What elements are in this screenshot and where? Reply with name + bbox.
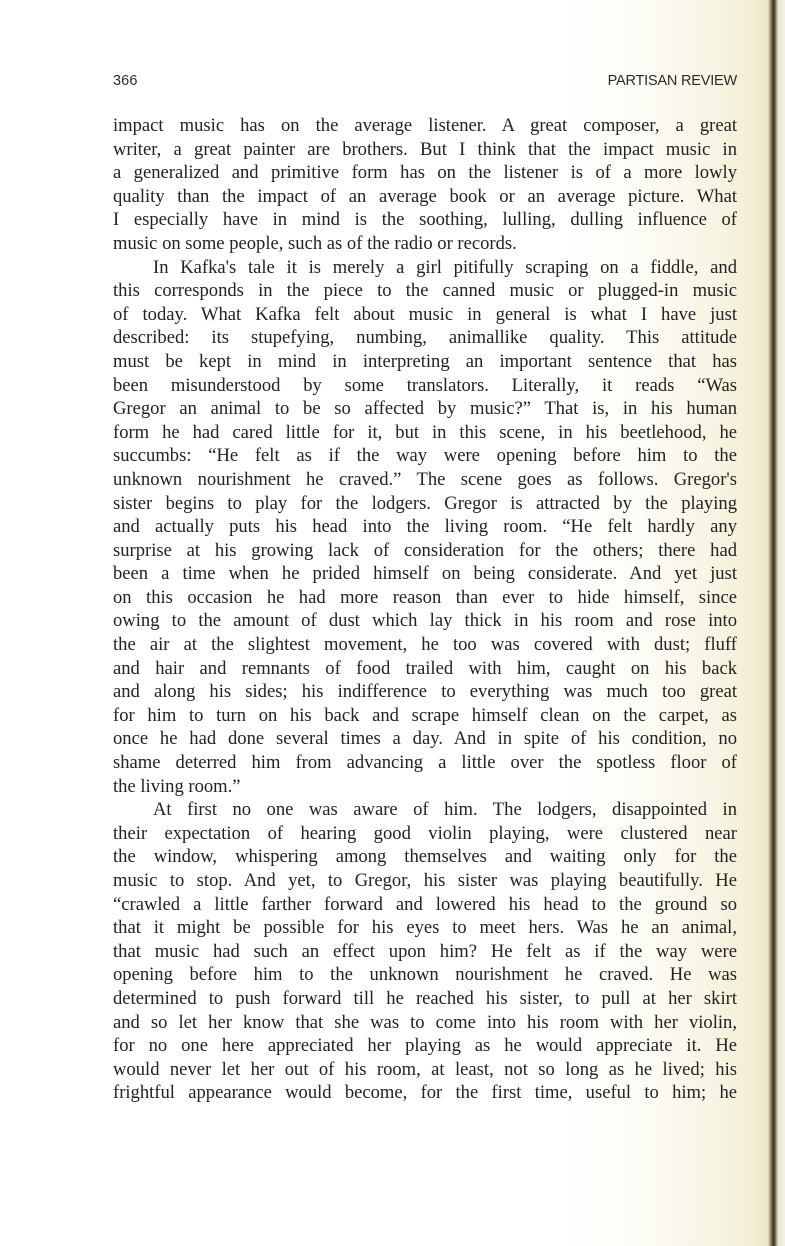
text-line: In Kafka's tale it is merely a girl piti…	[113, 256, 737, 280]
text-line: the living room.”	[113, 775, 737, 799]
text-line: music to stop. And yet, to Gregor, his s…	[113, 869, 737, 893]
text-line: determined to push forward till he reach…	[113, 987, 737, 1011]
page-binding-edge	[770, 0, 775, 1246]
text-line: the air at the slightest movement, he to…	[113, 633, 737, 657]
text-line: a generalized and primitive form has on …	[113, 161, 737, 185]
text-line: frightful appearance would become, for t…	[113, 1081, 737, 1105]
text-line: sister begins to play for the lodgers. G…	[113, 492, 737, 516]
text-line: quality than the impact of an average bo…	[113, 185, 737, 209]
text-line: for him to turn on his back and scrape h…	[113, 704, 737, 728]
text-line: for no one here appreciated her playing …	[113, 1034, 737, 1058]
text-line: surprise at his growing lack of consider…	[113, 539, 737, 563]
text-line: on this occasion he had more reason than…	[113, 586, 737, 610]
text-line: and actually puts his head into the livi…	[113, 515, 737, 539]
text-line: the window, whispering among themselves …	[113, 845, 737, 869]
text-line: that it might be possible for his eyes t…	[113, 916, 737, 940]
journal-title: PARTISAN REVIEW	[608, 73, 737, 89]
text-line: been a time when he prided himself on be…	[113, 562, 737, 586]
paragraph-2: In Kafka's tale it is merely a girl piti…	[113, 256, 737, 799]
text-line: unknown nourishment he craved.” The scen…	[113, 468, 737, 492]
text-line: “crawled a little farther forward and lo…	[113, 893, 737, 917]
text-line: of today. What Kafka felt about music in…	[113, 303, 737, 327]
running-head: 366 PARTISAN REVIEW	[113, 73, 737, 93]
text-line: shame deterred him from advancing a litt…	[113, 751, 737, 775]
text-line: would never let her out of his room, at …	[113, 1058, 737, 1082]
text-line: writer, a great painter are brothers. Bu…	[113, 138, 737, 162]
paragraph-3: At first no one was aware of him. The lo…	[113, 798, 737, 1105]
text-line: music on some people, such as of the rad…	[113, 232, 737, 256]
body-text: impact music has on the average listener…	[113, 114, 737, 1105]
page-number: 366	[113, 73, 138, 89]
text-line: been misunderstood by some translators. …	[113, 374, 737, 398]
text-line: succumbs: “He felt as if the way were op…	[113, 444, 737, 468]
text-line: I especially have in mind is the soothin…	[113, 208, 737, 232]
text-line: At first no one was aware of him. The lo…	[113, 798, 737, 822]
book-page: 366 PARTISAN REVIEW impact music has on …	[113, 0, 737, 1246]
text-line: described: its stupefying, numbing, anim…	[113, 326, 737, 350]
paragraph-1: impact music has on the average listener…	[113, 114, 737, 256]
text-line: must be kept in mind in interpreting an …	[113, 350, 737, 374]
text-line: and hair and remnants of food trailed wi…	[113, 657, 737, 681]
text-line: and along his sides; his indifference to…	[113, 680, 737, 704]
text-line: their expectation of hearing good violin…	[113, 822, 737, 846]
text-line: Gregor an animal to be so affected by mu…	[113, 397, 737, 421]
text-line: owing to the amount of dust which lay th…	[113, 609, 737, 633]
text-line: once he had done several times a day. An…	[113, 727, 737, 751]
text-line: impact music has on the average listener…	[113, 114, 737, 138]
text-line: form he had cared little for it, but in …	[113, 421, 737, 445]
text-line: and so let her know that she was to come…	[113, 1011, 737, 1035]
text-line: opening before him to the unknown nouris…	[113, 963, 737, 987]
text-line: this corresponds in the piece to the can…	[113, 279, 737, 303]
text-line: that music had such an effect upon him? …	[113, 940, 737, 964]
